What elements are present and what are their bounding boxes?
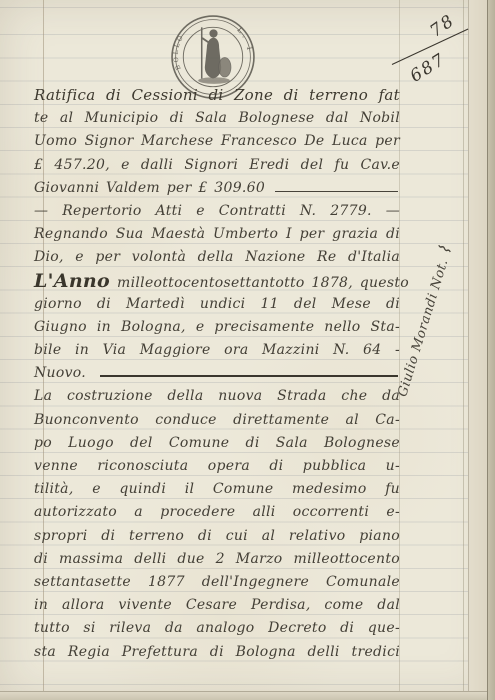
manuscript-line: Giugno in Bologna, e precisamente nello …	[34, 316, 400, 339]
manuscript-page: BOLLO L. 1 78 687 Giulio Morandi Not. ⌇ …	[0, 0, 495, 700]
manuscript-line: £ 457.20, e dalli Signori Eredi del fu C…	[34, 154, 400, 177]
manuscript-line: Buonconvento conduce direttamente al Ca-	[34, 409, 400, 432]
page-edge-far	[487, 0, 495, 700]
page-edge-right	[468, 0, 488, 700]
signature-flourish: ⌇	[435, 243, 457, 257]
manuscript-line: giorno di Martedì undici 11 del Mese di	[34, 293, 400, 316]
manuscript-line: in allora vivente Cesare Perdisa, come d…	[34, 594, 400, 617]
manuscript-line: autorizzato a procedere alli occorrenti …	[34, 501, 400, 524]
margin-signature: Giulio Morandi Not. ⌇	[391, 226, 461, 399]
manuscript-line: tilità, e quindi il Comune medesimo fu	[34, 478, 400, 501]
manuscript-line: tutto si rileva da analogo Decreto di qu…	[34, 617, 400, 640]
stamp-figure-icon	[198, 27, 231, 84]
manuscript-line: Dio, e per volontà della Nazione Re d'It…	[34, 246, 400, 269]
manuscript-line-text: Giovanni Valdem per £ 309.60	[34, 177, 265, 200]
stamp-denomination: L. 1	[235, 25, 255, 54]
folio-numerator: 78	[427, 10, 459, 41]
outer-margin-rule	[463, 0, 464, 700]
manuscript-line: spropri di terreno di cui al relativo pi…	[34, 525, 400, 548]
manuscript-text: Ratifica di Cessioni di Zone di terreno …	[34, 84, 400, 664]
manuscript-line: Giovanni Valdem per £ 309.60	[34, 177, 400, 200]
manuscript-line: Ratifica di Cessioni di Zone di terreno …	[34, 84, 400, 107]
manuscript-line: L'Anno milleottocentosettantotto 1878, q…	[34, 270, 400, 293]
blank-filler-rule	[275, 191, 398, 192]
svg-text:L. 1: L. 1	[235, 25, 255, 54]
manuscript-line-text: Nuovo.	[34, 362, 86, 385]
manuscript-line: venne riconosciuta opera di pubblica u-	[34, 455, 400, 478]
manuscript-line: bile in Via Maggiore ora Mazzini N. 64 -	[34, 339, 400, 362]
manuscript-line: settantasette 1877 dell'Ingegnere Comuna…	[34, 571, 400, 594]
manuscript-line: Uomo Signor Marchese Francesco De Luca p…	[34, 130, 400, 153]
manuscript-line: Regnando Sua Maestà Umberto I per grazia…	[34, 223, 400, 246]
manuscript-line: sta Regia Prefettura di Bologna delli tr…	[34, 641, 400, 664]
anno-initial: L'Anno	[34, 270, 110, 293]
manuscript-line: Nuovo.	[34, 362, 400, 385]
blank-filler-rule	[100, 375, 398, 377]
manuscript-line: La costruzione della nuova Strada che da	[34, 385, 400, 408]
manuscript-line: te al Municipio di Sala Bolognese dal No…	[34, 107, 400, 130]
page-edge-bottom	[0, 691, 487, 700]
manuscript-line-text: milleottocentosettantotto 1878, questo	[117, 272, 409, 295]
manuscript-line: di massima delli due 2 Marzo milleottoce…	[34, 548, 400, 571]
manuscript-line: po Luogo del Comune di Sala Bolognese	[34, 432, 400, 455]
manuscript-line: — Repertorio Atti e Contratti N. 2779. —	[34, 200, 400, 223]
